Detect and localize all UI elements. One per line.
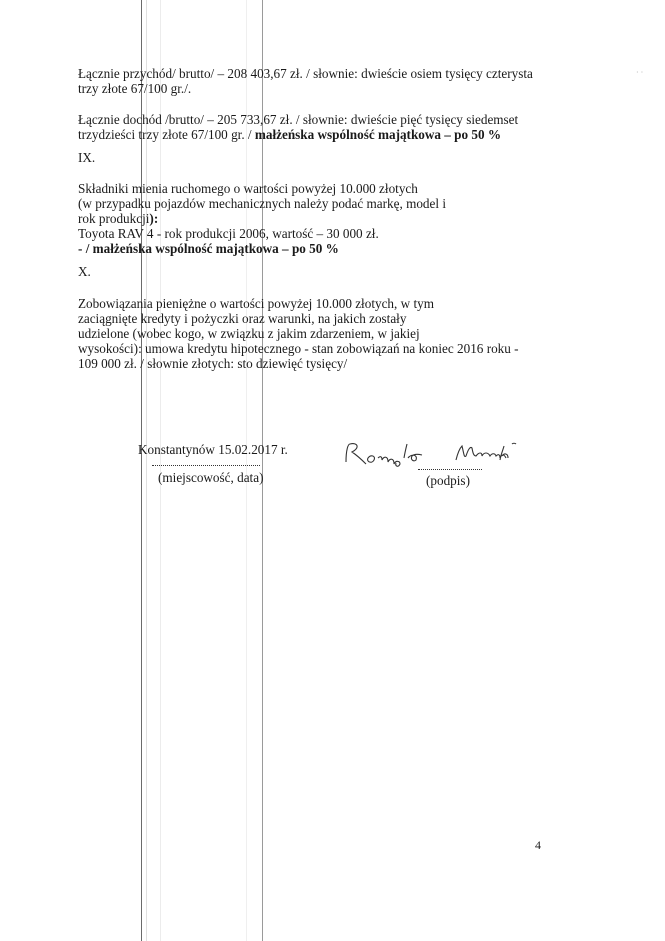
- revenue-line-2-text: trzydzieści trzy złote 67/100 gr. /: [78, 127, 255, 142]
- section-ix-heading: IX.: [78, 150, 95, 165]
- signature-dotted-line: [418, 469, 482, 470]
- section-x-line-5: 109 000 zł. / słownie złotych: sto dziew…: [78, 356, 347, 371]
- section-x-line-4: wysokości): umowa kredytu hipotecznego -…: [78, 341, 519, 356]
- property-regime-note: małżeńska wspólność majątkowa – po 50 %: [93, 241, 339, 256]
- property-regime-note: małżeńska wspólność majątkowa – po 50 %: [255, 127, 501, 142]
- section-ix-line-2: (w przypadku pojazdów mechanicznych nale…: [78, 196, 446, 211]
- section-ix-line-3-text: rok produkcji: [78, 211, 149, 226]
- place-date-label: (miejscowość, data): [158, 470, 263, 485]
- place-date: Konstantynów 15.02.2017 r.: [138, 442, 288, 457]
- section-ix-line-5-dash: - /: [78, 241, 93, 256]
- signature-label: (podpis): [426, 473, 470, 488]
- revenue-line-1: Łącznie dochód /brutto/ – 205 733,67 zł.…: [78, 112, 518, 127]
- section-ix-line-3-colon: ):: [149, 211, 158, 226]
- place-date-dotted-line: [152, 465, 260, 466]
- section-x-line-3: udzielone (wobec kogo, w związku z jakim…: [78, 326, 420, 341]
- page-number: 4: [535, 838, 541, 853]
- signature-icon: [338, 436, 538, 472]
- section-x-line-2: zaciągnięte kredyty i pożyczki oraz waru…: [78, 311, 406, 326]
- revenue-line-2: trzydzieści trzy złote 67/100 gr. / małż…: [78, 127, 501, 142]
- income-line-2: trzy złote 67/100 gr./.: [78, 81, 191, 96]
- section-ix-vehicle: Toyota RAV 4 - rok produkcji 2006, warto…: [78, 226, 379, 241]
- section-x-line-1: Zobowiązania pieniężne o wartości powyże…: [78, 296, 434, 311]
- section-ix-line-5: - / małżeńska wspólność majątkowa – po 5…: [78, 241, 339, 256]
- section-x-heading: X.: [78, 264, 91, 279]
- scan-speck: · ·: [636, 68, 643, 77]
- section-ix-line-1: Składniki mienia ruchomego o wartości po…: [78, 181, 418, 196]
- signature: [338, 436, 538, 476]
- section-ix-line-3: rok produkcji):: [78, 211, 158, 226]
- income-line-1: Łącznie przychód/ brutto/ – 208 403,67 z…: [78, 66, 533, 81]
